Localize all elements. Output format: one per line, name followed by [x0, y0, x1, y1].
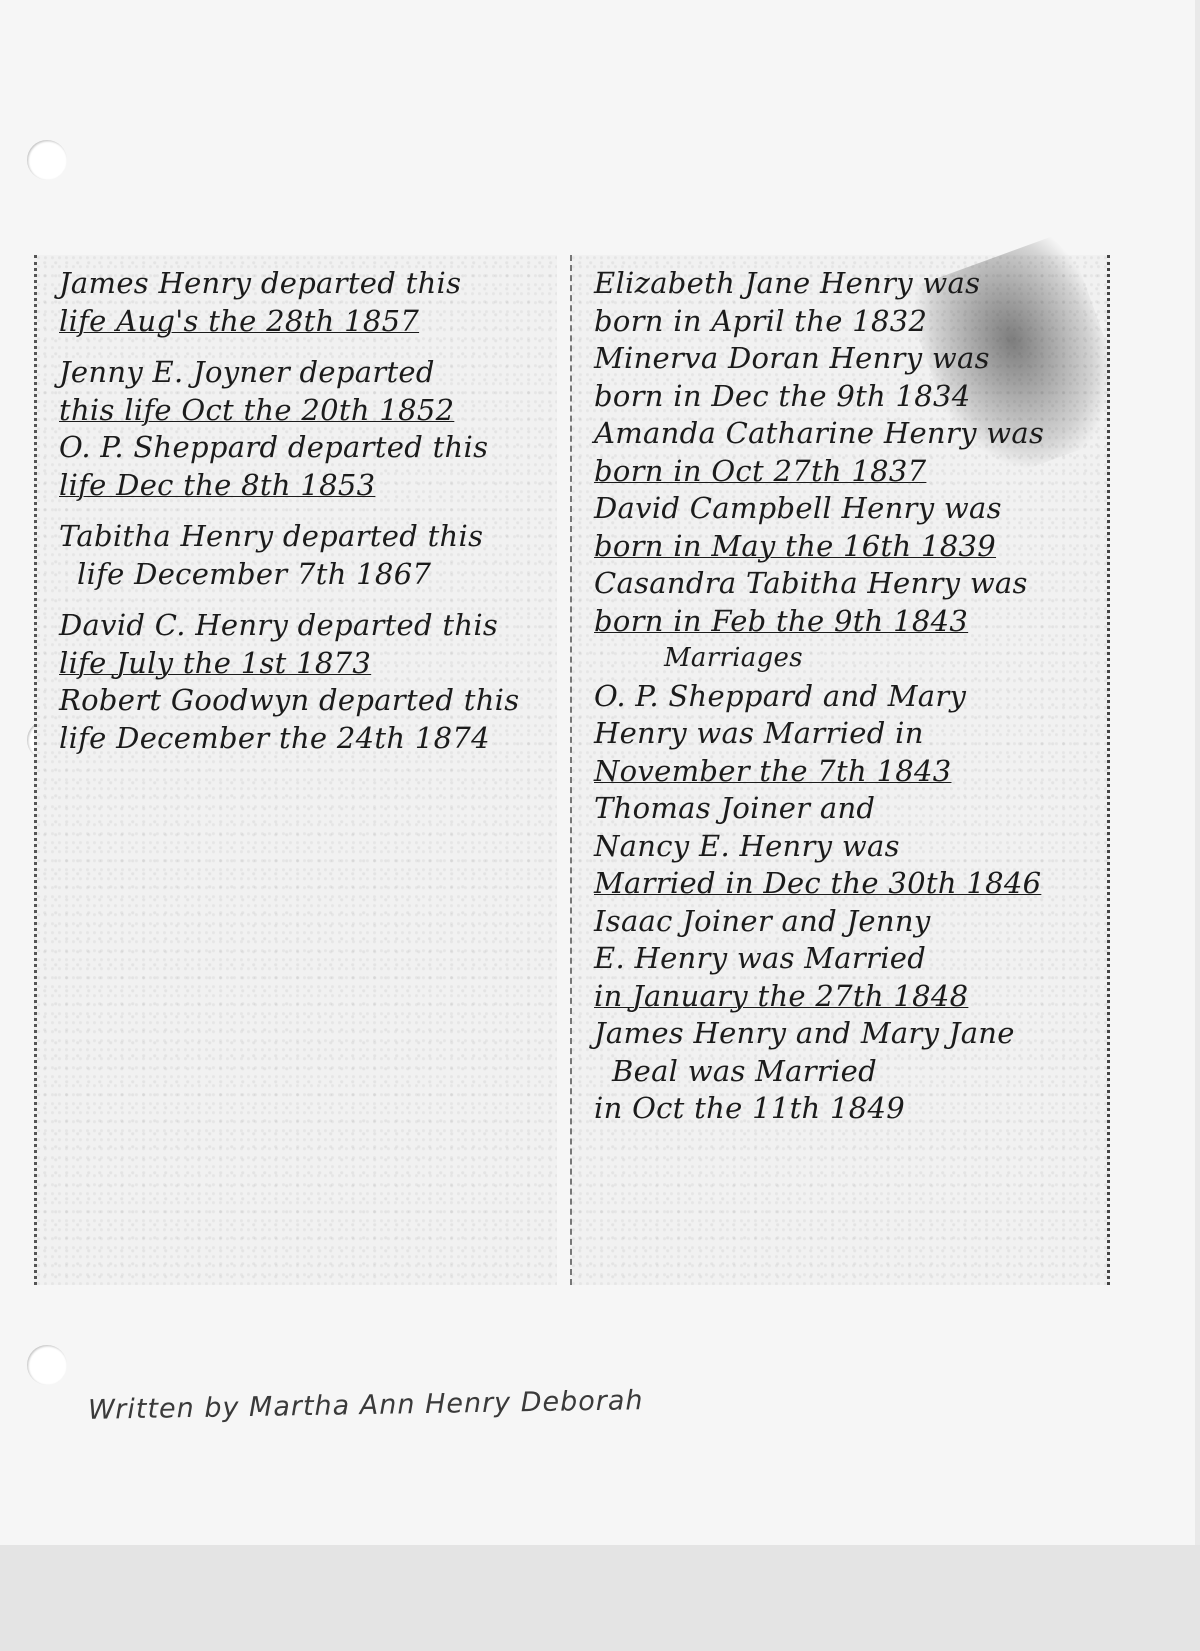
birth-entry-line: Amanda Catharine Henry was	[594, 415, 1097, 453]
marriage-entry-line: Married in Dec the 30th 1846	[594, 865, 1097, 903]
birth-entry-line: Elizabeth Jane Henry was	[594, 265, 1097, 303]
punch-hole-top	[27, 140, 67, 180]
birth-entry-line: David Campbell Henry was	[594, 490, 1097, 528]
death-entry-line: life Dec the 8th 1853	[59, 467, 547, 505]
birth-entry-line: born in May the 16th 1839	[594, 528, 1097, 566]
marriages-heading: Marriages	[594, 640, 1097, 678]
marriage-entry-line: E. Henry was Married	[594, 940, 1097, 978]
death-entry-line: David C. Henry departed this	[59, 607, 547, 645]
death-entry-line: O. P. Sheppard departed this	[59, 429, 547, 467]
marriage-entry-line: Henry was Married in	[594, 715, 1097, 753]
birth-entry-line: born in Oct 27th 1837	[594, 453, 1097, 491]
death-entry-line: life December the 24th 1874	[59, 720, 547, 758]
document-page: James Henry departed this life Aug's the…	[0, 0, 1195, 1545]
death-entry-line: Tabitha Henry departed this	[59, 518, 547, 556]
death-entry-line: life Aug's the 28th 1857	[59, 303, 547, 341]
death-entry-line: Jenny E. Joyner departed	[59, 354, 547, 392]
marriage-entry-line: November the 7th 1843	[594, 753, 1097, 791]
scan-bottom-margin	[0, 1545, 1200, 1651]
death-entry-line: life December 7th 1867	[59, 556, 547, 594]
handwritten-footnote: Written by Martha Ann Henry Deborah	[88, 1385, 644, 1426]
birth-entry-line: born in Feb the 9th 1843	[594, 603, 1097, 641]
death-entry-line: Robert Goodwyn departed this	[59, 682, 547, 720]
marriage-entry-line: O. P. Sheppard and Mary	[594, 678, 1097, 716]
marriage-entry-line: Thomas Joiner and	[594, 790, 1097, 828]
birth-entry-line: born in April the 1832	[594, 303, 1097, 341]
punch-hole-bottom	[27, 1345, 67, 1385]
left-page-deaths: James Henry departed this life Aug's the…	[34, 255, 557, 1285]
marriage-entry-line: Beal was Married	[594, 1053, 1097, 1091]
marriage-entry-line: Isaac Joiner and Jenny	[594, 903, 1097, 941]
birth-entry-line: Casandra Tabitha Henry was	[594, 565, 1097, 603]
death-entry-line: life July the 1st 1873	[59, 645, 547, 683]
birth-entry-line: born in Dec the 9th 1834	[594, 378, 1097, 416]
marriage-entry-line: in Oct the 11th 1849	[594, 1090, 1097, 1128]
marriage-entry-line: in January the 27th 1848	[594, 978, 1097, 1016]
marriage-entry-line: Nancy E. Henry was	[594, 828, 1097, 866]
birth-entry-line: Minerva Doran Henry was	[594, 340, 1097, 378]
death-entry-line: this life Oct the 20th 1852	[59, 392, 547, 430]
marriage-entry-line: James Henry and Mary Jane	[594, 1015, 1097, 1053]
right-page-births-marriages: Elizabeth Jane Henry was born in April t…	[570, 255, 1110, 1285]
death-entry-line: James Henry departed this	[59, 265, 547, 303]
